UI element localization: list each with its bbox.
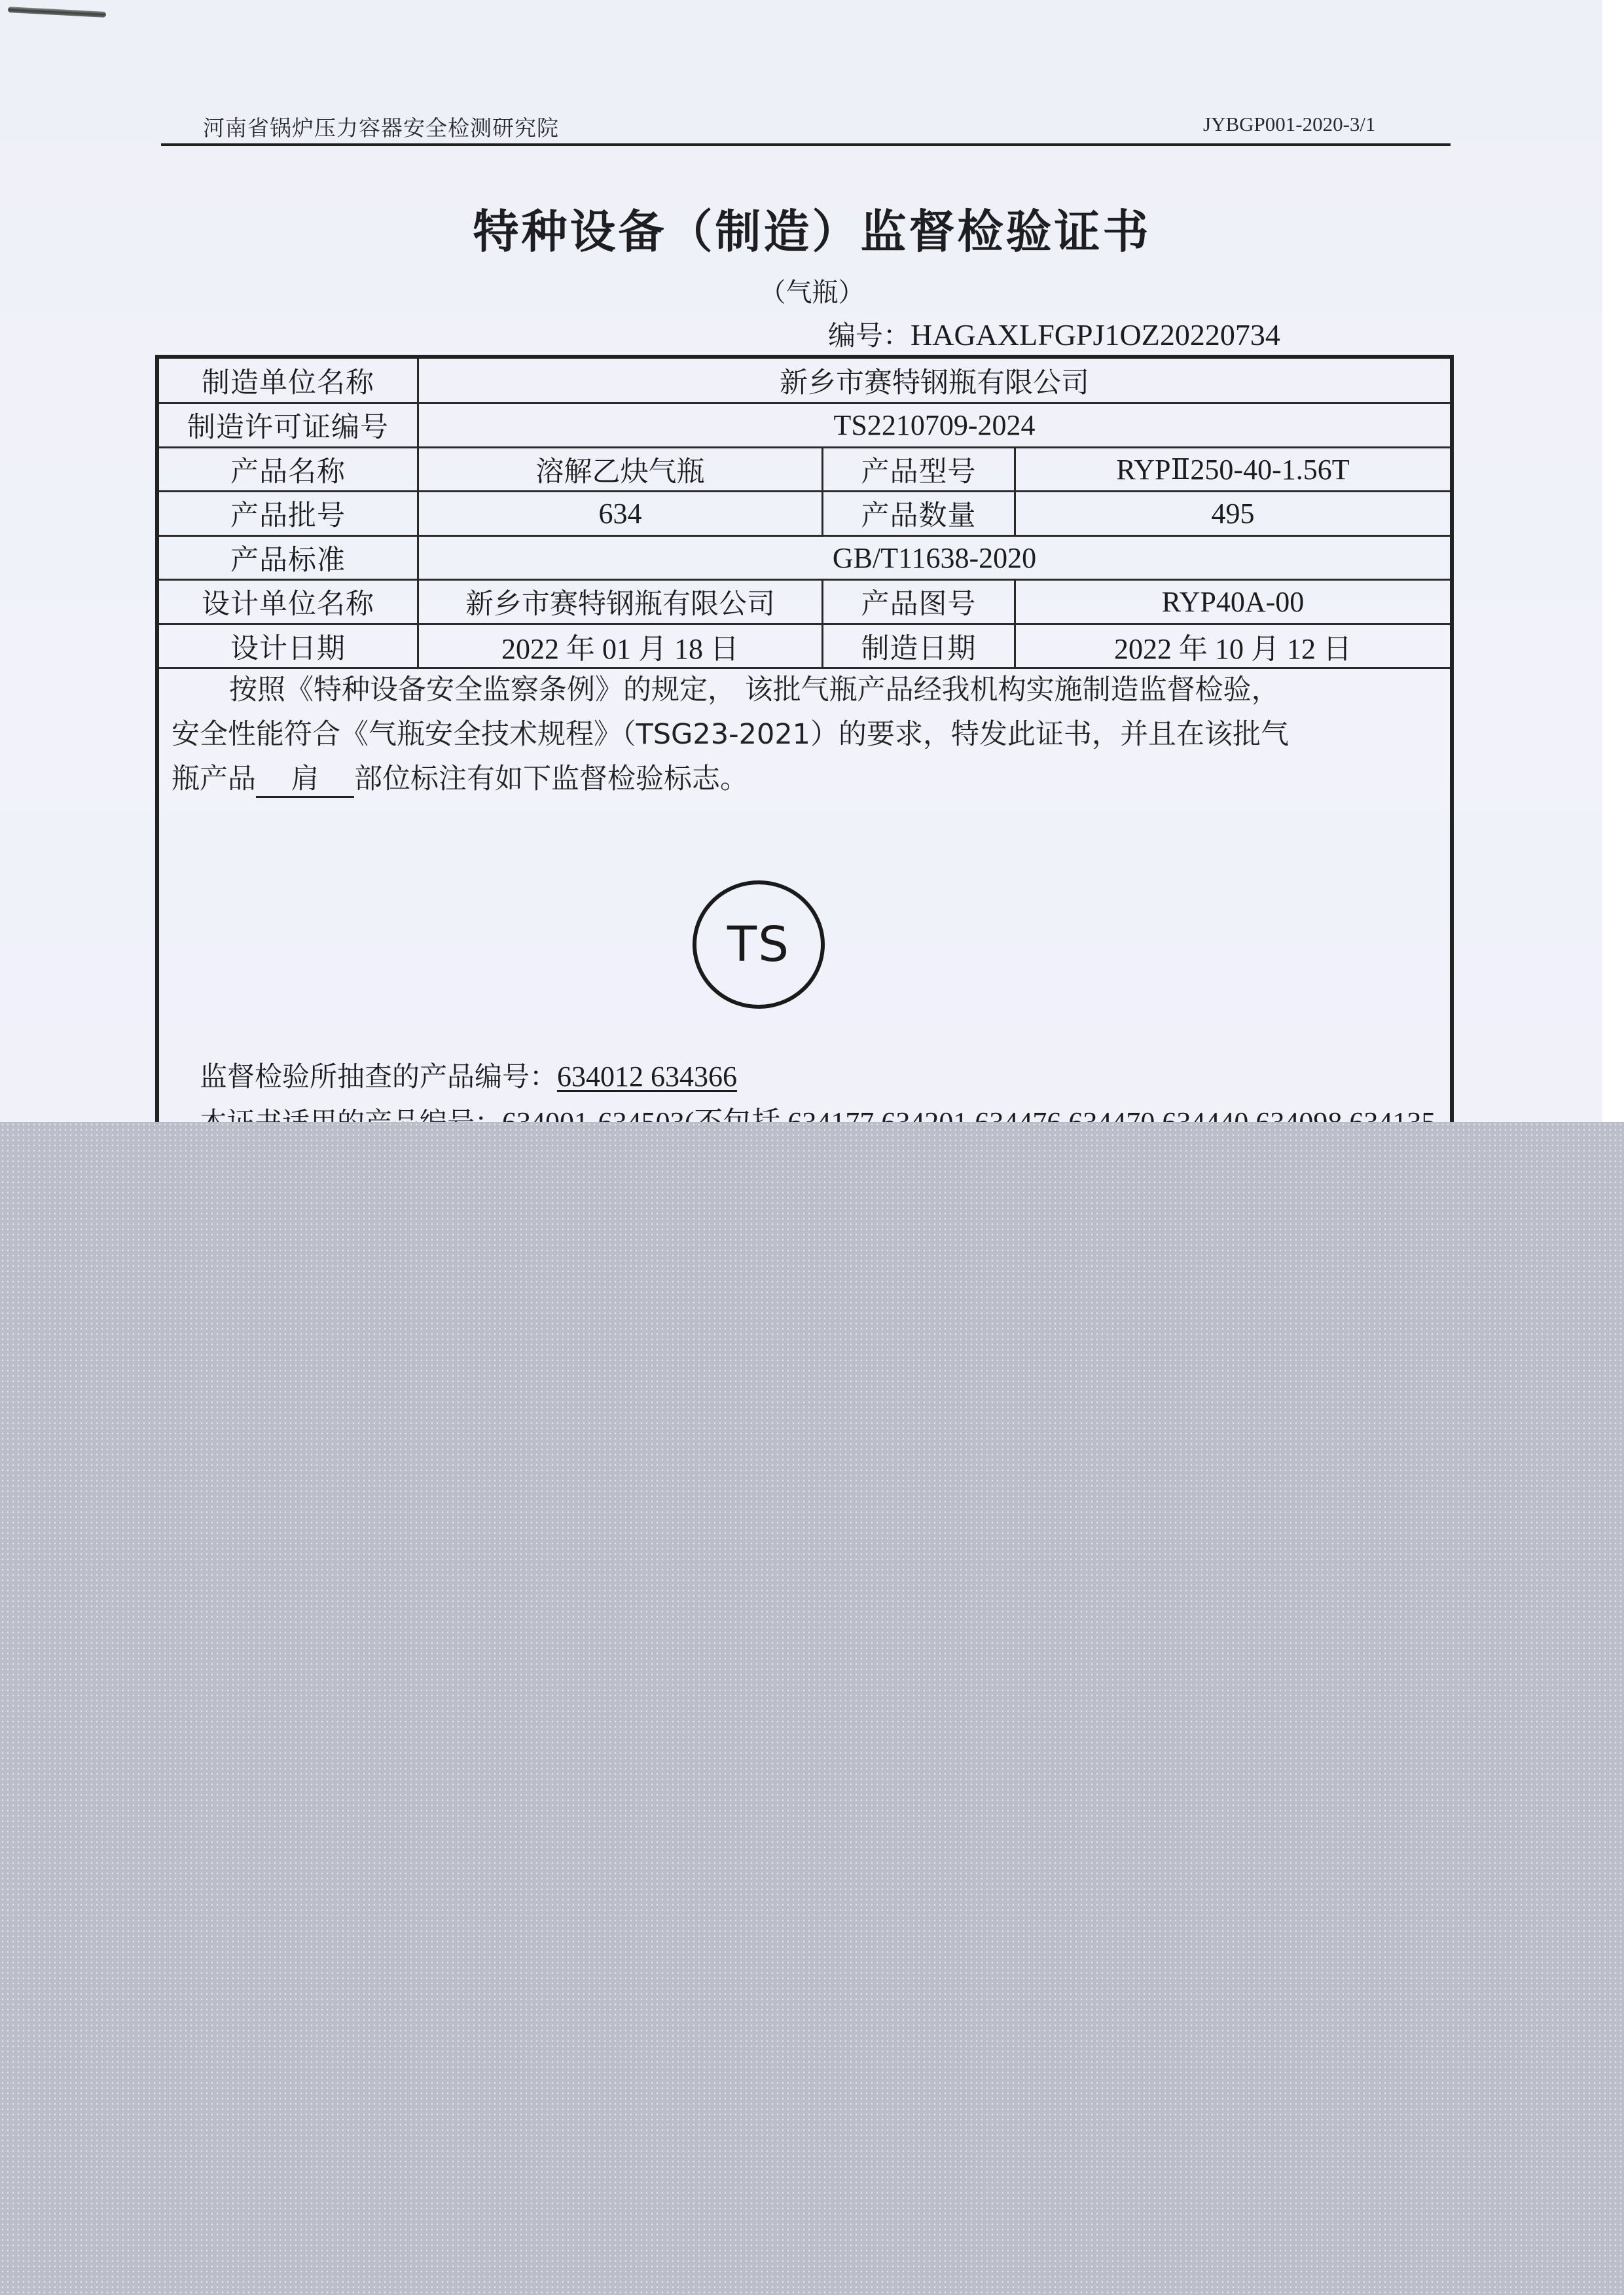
manufacture-date-label: 制造日期	[821, 625, 1014, 667]
table-row: 制造许可证编号 TS2210709-2024	[159, 404, 1450, 448]
form-code: JYBGP001-2020-3/1	[1203, 113, 1376, 136]
design-date-label: 设计日期	[159, 625, 417, 667]
redaction-overlay	[0, 1122, 1624, 2295]
license-number-value: TS2210709-2024	[417, 404, 1450, 446]
product-name-value: 溶解乙炔气瓶	[417, 448, 821, 490]
statement-line-1: 按照《特种设备安全监察条例》的规定， 该批气瓶产品经我机构实施制造监督检验，	[171, 668, 1441, 712]
drawing-number-label: 产品图号	[821, 581, 1014, 623]
certificate-number: 编号：HAGAXLFGPJ1OZ20220734	[828, 314, 1280, 353]
product-model-value: RYPⅡ250-40-1.56T	[1014, 448, 1450, 490]
table-row: 设计单位名称 新乡市赛特钢瓶有限公司 产品图号 RYP40A-00	[159, 581, 1450, 625]
manufacturer-name-label: 制造单位名称	[159, 359, 417, 402]
document-subtitle: （气瓶）	[0, 272, 1624, 309]
table-row: 设计日期 2022 年 01 月 18 日 制造日期 2022 年 10 月 1…	[159, 625, 1450, 669]
statement-line-3-prefix: 瓶产品	[171, 763, 256, 795]
sampled-products-label: 监督检验所抽查的产品编号：	[200, 1060, 557, 1093]
statement-line-3: 瓶产品肩部位标注有如下监督检验标志。	[171, 757, 1441, 801]
document-title: 特种设备（制造）监督检验证书	[0, 195, 1624, 261]
certificate-number-value: HAGAXLFGPJ1OZ20220734	[911, 318, 1280, 352]
header-divider	[161, 143, 1451, 146]
marking-position: 肩	[256, 762, 354, 798]
product-name-label: 产品名称	[159, 448, 417, 490]
sampled-products: 监督检验所抽查的产品编号：634012 634366	[200, 1055, 737, 1094]
batch-number-value: 634	[417, 492, 821, 535]
certification-statement: 按照《特种设备安全监察条例》的规定， 该批气瓶产品经我机构实施制造监督检验， 安…	[171, 668, 1441, 801]
statement-line-2: 安全性能符合《气瓶安全技术规程》（TSG23-2021）的要求，特发此证书，并且…	[171, 712, 1441, 757]
manufacture-date-value: 2022 年 10 月 12 日	[1014, 625, 1450, 667]
certificate-number-label: 编号：	[828, 319, 911, 352]
institute-name: 河南省锅炉压力容器安全检测研究院	[203, 111, 559, 142]
table-row: 产品标准 GB/T11638-2020	[159, 537, 1450, 581]
manufacturer-name-value: 新乡市赛特钢瓶有限公司	[417, 359, 1450, 402]
statement-line-3-suffix: 部位标注有如下监督检验标志。	[354, 763, 748, 795]
design-unit-label: 设计单位名称	[159, 581, 417, 623]
table-row: 制造单位名称 新乡市赛特钢瓶有限公司	[159, 359, 1450, 404]
product-model-label: 产品型号	[821, 448, 1014, 490]
standard-label: 产品标准	[159, 537, 417, 579]
design-unit-value: 新乡市赛特钢瓶有限公司	[417, 581, 821, 623]
quantity-value: 495	[1014, 492, 1450, 535]
batch-number-label: 产品批号	[159, 492, 417, 535]
quantity-label: 产品数量	[821, 492, 1014, 535]
standard-value: GB/T11638-2020	[417, 537, 1450, 579]
ts-mark-text: TS	[727, 916, 790, 973]
design-date-value: 2022 年 01 月 18 日	[417, 625, 821, 667]
table-row: 产品批号 634 产品数量 495	[159, 492, 1450, 537]
license-number-label: 制造许可证编号	[159, 404, 417, 446]
drawing-number-value: RYP40A-00	[1014, 581, 1450, 623]
ts-inspection-mark-icon: TS	[693, 880, 825, 1009]
sampled-products-value: 634012 634366	[557, 1060, 737, 1093]
table-row: 产品名称 溶解乙炔气瓶 产品型号 RYPⅡ250-40-1.56T	[159, 448, 1450, 492]
